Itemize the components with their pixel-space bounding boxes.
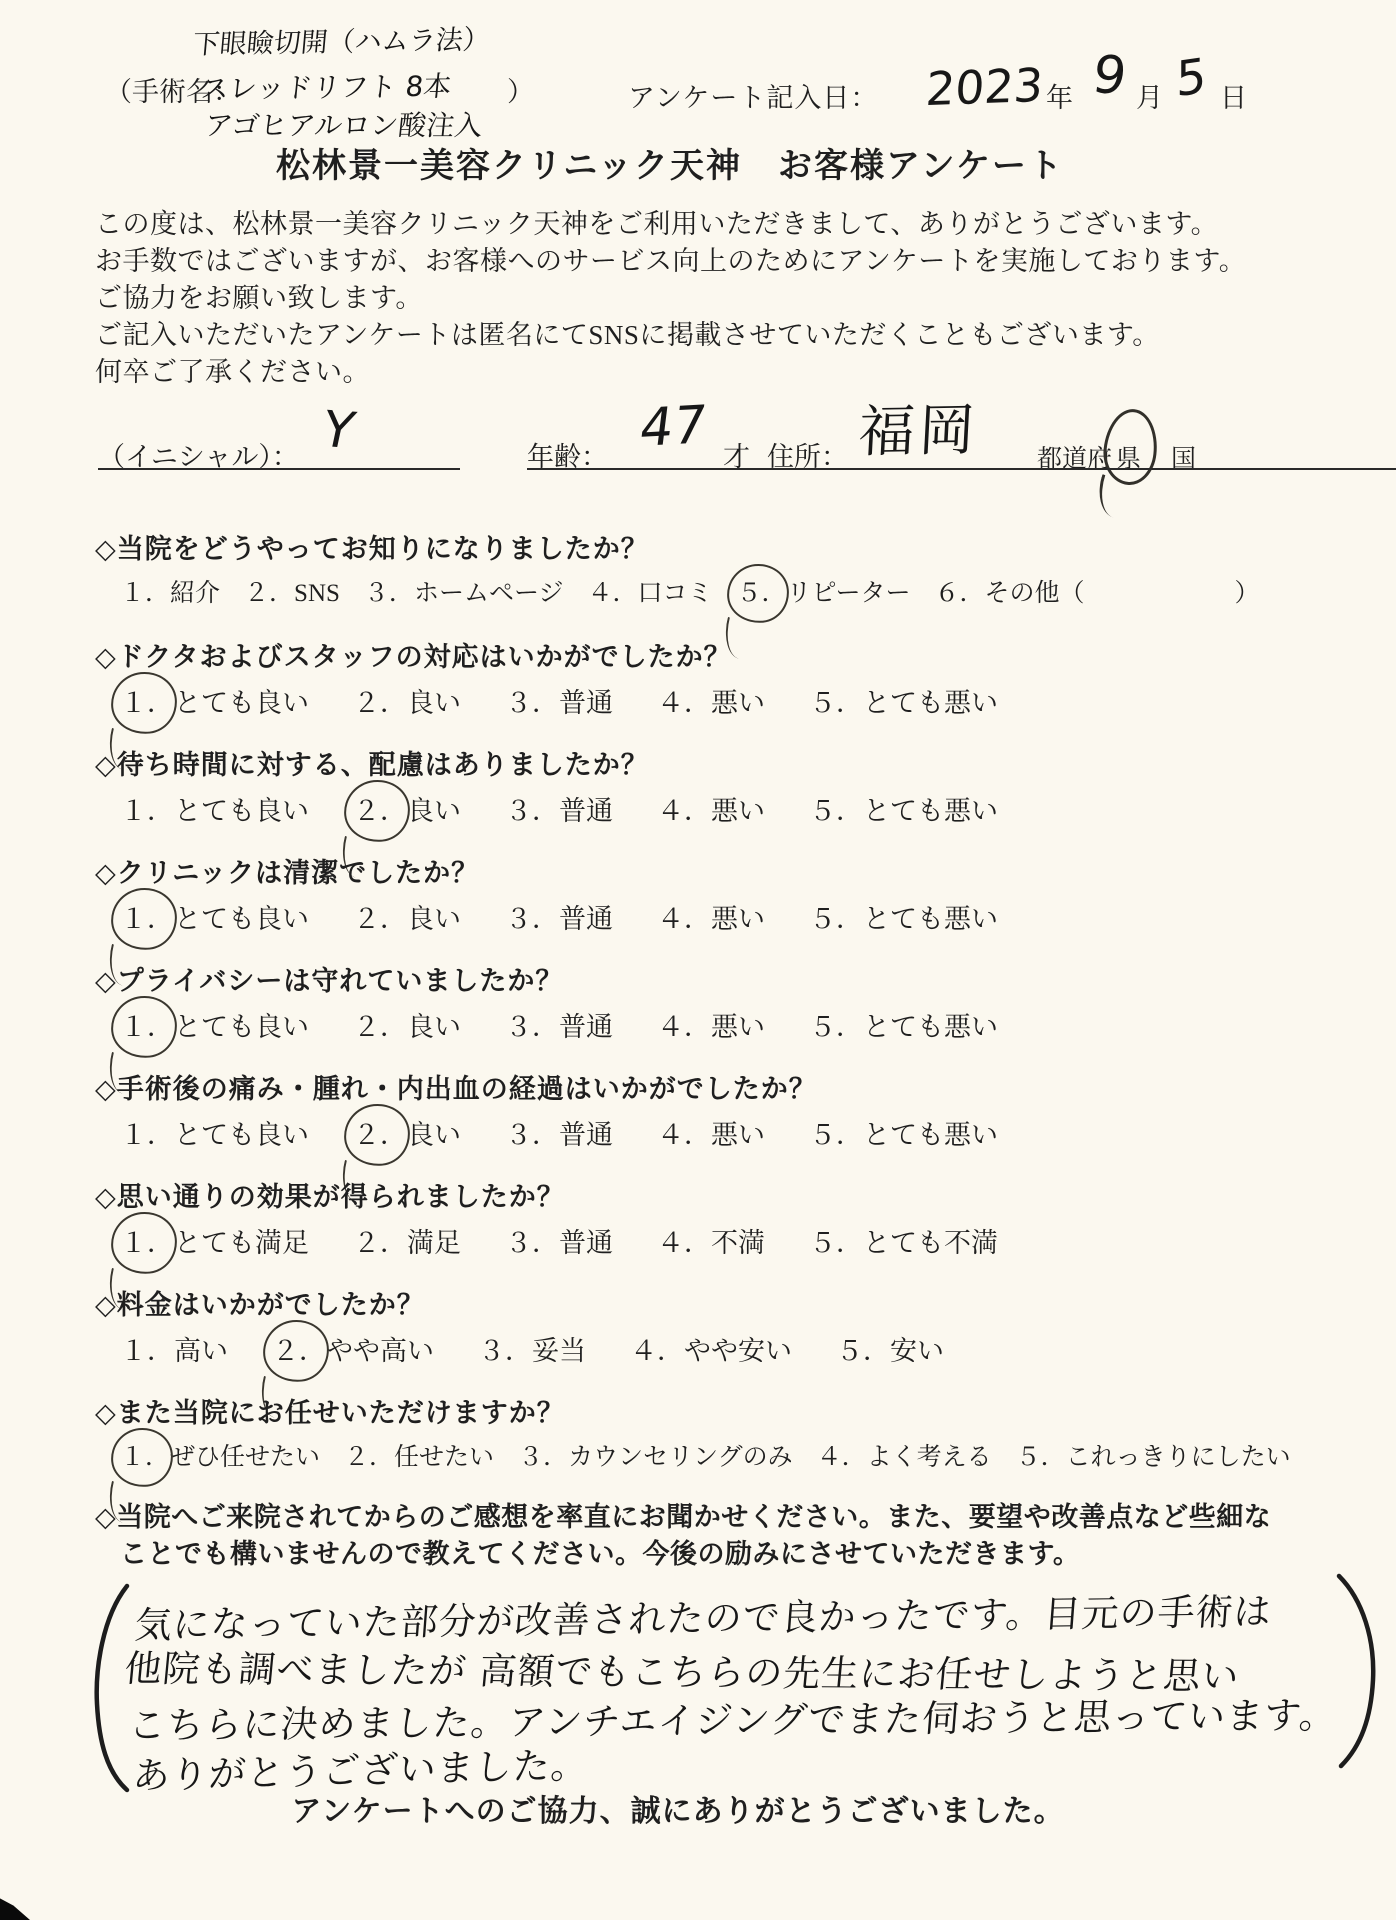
option-label: 不満 [711,1228,765,1258]
circled-answer-mark: １． [120,897,174,936]
answer-options: １．とても良い２．良い３．普通４．悪い５．とても悪い [120,897,998,936]
question-heading: ◇ドクタおよびスタッフの対応はいかがでしたか？ [95,635,1355,674]
selected-option: １．とても良い [120,897,309,936]
question-1: ◇当院をどうやってお知りになりましたか？１．紹介２．SNS３．ホームページ４．口… [95,527,1355,631]
option: ４．悪い [657,789,765,828]
option-number: １． [120,573,170,609]
option: ２．良い [353,681,461,720]
option: ５．とても悪い [809,1005,998,1044]
question-heading: ◇手術後の痛み・腫れ・内出血の経過はいかがでしたか？ [95,1067,1355,1106]
footer-thanks: アンケートへのご協力、誠にありがとうございました。 [0,1786,1356,1830]
option: １．高い [120,1329,228,1368]
question-heading: ◇思い通りの効果が得られましたか？ [95,1175,1355,1214]
option-label: ぜひ任せたい [170,1444,320,1471]
question-7: ◇思い通りの効果が得られましたか？１．とても満足２．満足３．普通４．不満５．とて… [95,1175,1355,1279]
option: ４．悪い [657,1113,765,1152]
option-number: ５． [809,1005,863,1044]
option-number: ３． [518,1437,568,1473]
option-label: とても良い [174,688,309,718]
option-label: 紹介 [170,580,220,607]
option-label: とても悪い [863,1012,998,1042]
option-number: ５． [809,1113,863,1152]
option-number: ３． [505,897,559,936]
question-heading: ◇料金はいかがでしたか？ [95,1283,1355,1322]
question-heading: ◇また当院にお任せいただけますか？ [95,1391,1355,1430]
option-label: とても不満 [863,1228,998,1258]
option: ３．普通 [505,1221,613,1260]
option-label: 良い [407,796,461,826]
option-label: 悪い [711,688,765,718]
question-heading: ◇当院をどうやってお知りになりましたか？ [95,527,1355,566]
option-label: カウンセリングのみ [568,1444,793,1471]
option: ３．普通 [505,789,613,828]
circled-answer-mark: ２． [353,789,407,828]
option: ２．満足 [353,1221,461,1260]
option: １．とても良い [120,789,309,828]
option-label: 普通 [559,1120,613,1150]
option: ３．カウンセリングのみ [518,1437,793,1473]
option-label: リピーター [787,580,911,607]
option: ４．やや安い [630,1329,792,1368]
option-number: ２． [353,681,407,720]
option-label: やや安い [684,1336,792,1366]
option: ４．悪い [657,1005,765,1044]
option: ５．安い [836,1329,944,1368]
answer-options: １．高い２．やや高い３．妥当４．やや安い５．安い [120,1329,944,1368]
option-label: 良い [407,1012,461,1042]
option-number: ３． [364,573,414,609]
option: ５．これっきりにしたい [1016,1437,1291,1473]
option: ３．普通 [505,1005,613,1044]
option-label: とても良い [174,904,309,934]
option-label: とても良い [174,1120,309,1150]
option: ３．ホームページ [364,573,564,609]
option-label: 普通 [559,796,613,826]
option-label: とても良い [174,1012,309,1042]
option-label: 悪い [711,1012,765,1042]
option-label: ホームページ [414,580,564,607]
scanned-survey-page: （手術名： 下眼瞼切開（ハムラ法） スレッドリフト 8本 アゴヒアルロン酸注入 … [0,0,1396,1920]
option: ４．よく考える [817,1437,992,1473]
answer-options: １．とても良い２．良い３．普通４．悪い５．とても悪い [120,1113,998,1152]
option: ４．不満 [657,1221,765,1260]
circled-answer-mark: ２． [353,1113,407,1152]
option: ５．とても悪い [809,897,998,936]
selected-option: １．ぜひ任せたい [120,1437,320,1473]
free-response-heading: ◇当院へご来院されてからのご感想を率直にお聞かせください。また、要望や改善点など… [95,1499,1271,1573]
option-label: 悪い [711,904,765,934]
circled-answer-mark: １． [120,1005,174,1044]
handwritten-bracket-right [1333,1570,1381,1775]
option: ２．任せたい [344,1437,494,1473]
option-label: 普通 [559,1012,613,1042]
option-number: １． [120,1329,174,1368]
option-label: 良い [407,904,461,934]
option: ５．とても悪い [809,1113,998,1152]
option: ３．普通 [505,681,613,720]
option-number: ３． [505,1005,559,1044]
option-number: ４． [657,1005,711,1044]
option-number: ３． [505,1113,559,1152]
option-number: ５． [1016,1437,1066,1473]
option-label: これっきりにしたい [1066,1444,1291,1471]
option-number: １． [120,1113,174,1152]
option-label: 妥当 [532,1336,586,1366]
option: ５．とても悪い [809,789,998,828]
option-number: ６． [935,573,985,609]
selected-option: １．とても満足 [120,1221,309,1260]
option-number: ２． [353,1005,407,1044]
option-label: 高い [174,1336,228,1366]
option-number: ５． [809,897,863,936]
circled-answer-mark: １． [120,1437,170,1473]
option-label: やや高い [326,1336,434,1366]
option-number: ５． [809,1221,863,1260]
question-2: ◇ドクタおよびスタッフの対応はいかがでしたか？１．とても良い２．良い３．普通４．… [95,635,1355,739]
option-number: ４． [657,1113,711,1152]
question-4: ◇クリニックは清潔でしたか？１．とても良い２．良い３．普通４．悪い５．とても悪い [95,851,1355,955]
option: ３．普通 [505,897,613,936]
option-label: 良い [407,688,461,718]
free-response-heading-line: ◇当院へご来院されてからのご感想を率直にお聞かせください。また、要望や改善点など… [95,1499,1271,1536]
option-label: とても良い [174,796,309,826]
option-label: 口コミ [637,580,712,607]
question-heading: ◇プライバシーは守れていましたか？ [95,959,1355,998]
option-number: ５． [809,681,863,720]
option-label: 悪い [711,796,765,826]
comment-line: こちらに決めました。アンチエイジングでまた伺おうと思っています。 [127,1685,1340,1750]
option: ２．良い [353,897,461,936]
question-6: ◇手術後の痛み・腫れ・内出血の経過はいかがでしたか？１．とても良い２．良い３．普… [95,1067,1355,1171]
circled-answer-mark: ２． [272,1329,326,1368]
answer-options: １．紹介２．SNS３．ホームページ４．口コミ５．リピーター６．その他（ ） [120,573,1284,609]
answer-options: １．とても満足２．満足３．普通４．不満５．とても不満 [120,1221,998,1260]
circled-answer-mark: ５． [736,573,786,609]
answer-options: １．とても良い２．良い３．普通４．悪い５．とても悪い [120,1005,998,1044]
option: ５．とても不満 [809,1221,998,1260]
option-label: 普通 [559,1228,613,1258]
option-label: とても悪い [863,1120,998,1150]
option: ２．良い [353,1005,461,1044]
circled-answer-mark: １． [120,1221,174,1260]
question-3: ◇待ち時間に対する、配慮はありましたか？１．とても良い２．良い３．普通４．悪い５… [95,743,1355,847]
option: ５．とても悪い [809,681,998,720]
selected-option: ２．良い [353,789,461,828]
option-number: ２． [353,897,407,936]
option-number: ２． [344,1437,394,1473]
option-label: その他（ ） [985,580,1260,607]
option-number: ５． [836,1329,890,1368]
selected-option: ２．良い [353,1113,461,1152]
option-number: ４． [657,681,711,720]
option-label: 満足 [407,1228,461,1258]
option-label: とても悪い [863,688,998,718]
answer-options: １．ぜひ任せたい２．任せたい３．カウンセリングのみ４．よく考える５．これっきりに… [120,1437,1315,1473]
option-label: とても悪い [863,796,998,826]
option-label: 良い [407,1120,461,1150]
option-label: 普通 [559,688,613,718]
option-number: ５． [809,789,863,828]
option: ２．SNS [244,573,340,609]
question-8: ◇料金はいかがでしたか？１．高い２．やや高い３．妥当４．やや安い５．安い [95,1283,1355,1387]
answer-options: １．とても良い２．良い３．普通４．悪い５．とても悪い [120,681,998,720]
option: ４．悪い [657,897,765,936]
option-label: SNS [294,580,340,607]
option-number: ３． [505,1221,559,1260]
option-label: とても満足 [174,1228,309,1258]
question-heading: ◇クリニックは清潔でしたか？ [95,851,1355,890]
option-label: とても悪い [863,904,998,934]
option-number: ４． [657,1221,711,1260]
option-label: 悪い [711,1120,765,1150]
selected-option: １．とても良い [120,681,309,720]
option: ４．口コミ [587,573,712,609]
free-response-heading-line: ことでも構いませんので教えてください。今後の励みにさせていただきます。 [95,1536,1271,1573]
option-number: １． [120,789,174,828]
option: １．紹介 [120,573,220,609]
option-label: 任せたい [394,1444,494,1471]
selected-option: １．とても良い [120,1005,309,1044]
selected-option: ２．やや高い [272,1329,434,1368]
question-9: ◇また当院にお任せいただけますか？１．ぜひ任せたい２．任せたい３．カウンセリング… [95,1391,1355,1495]
circled-answer-mark: １． [120,681,174,720]
option-number: ２． [353,1221,407,1260]
option: ６．その他（ ） [935,573,1260,609]
option: ３．妥当 [478,1329,586,1368]
option-number: ３． [478,1329,532,1368]
selected-option: ５．リピーター [736,573,910,609]
option: １．とても良い [120,1113,309,1152]
option-label: よく考える [867,1444,992,1471]
option-number: ２． [244,573,294,609]
option-number: ４． [657,789,711,828]
question-heading: ◇待ち時間に対する、配慮はありましたか？ [95,743,1355,782]
answer-options: １．とても良い２．良い３．普通４．悪い５．とても悪い [120,789,998,828]
option-number: ４． [657,897,711,936]
option-number: ４． [630,1329,684,1368]
option-number: ４． [817,1437,867,1473]
option-number: ４． [587,573,637,609]
option-number: ３． [505,789,559,828]
question-5: ◇プライバシーは守れていましたか？１．とても良い２．良い３．普通４．悪い５．とて… [95,959,1355,1063]
option: ３．普通 [505,1113,613,1152]
option-number: ３． [505,681,559,720]
option: ４．悪い [657,681,765,720]
option-label: 普通 [559,904,613,934]
option-label: 安い [890,1336,944,1366]
